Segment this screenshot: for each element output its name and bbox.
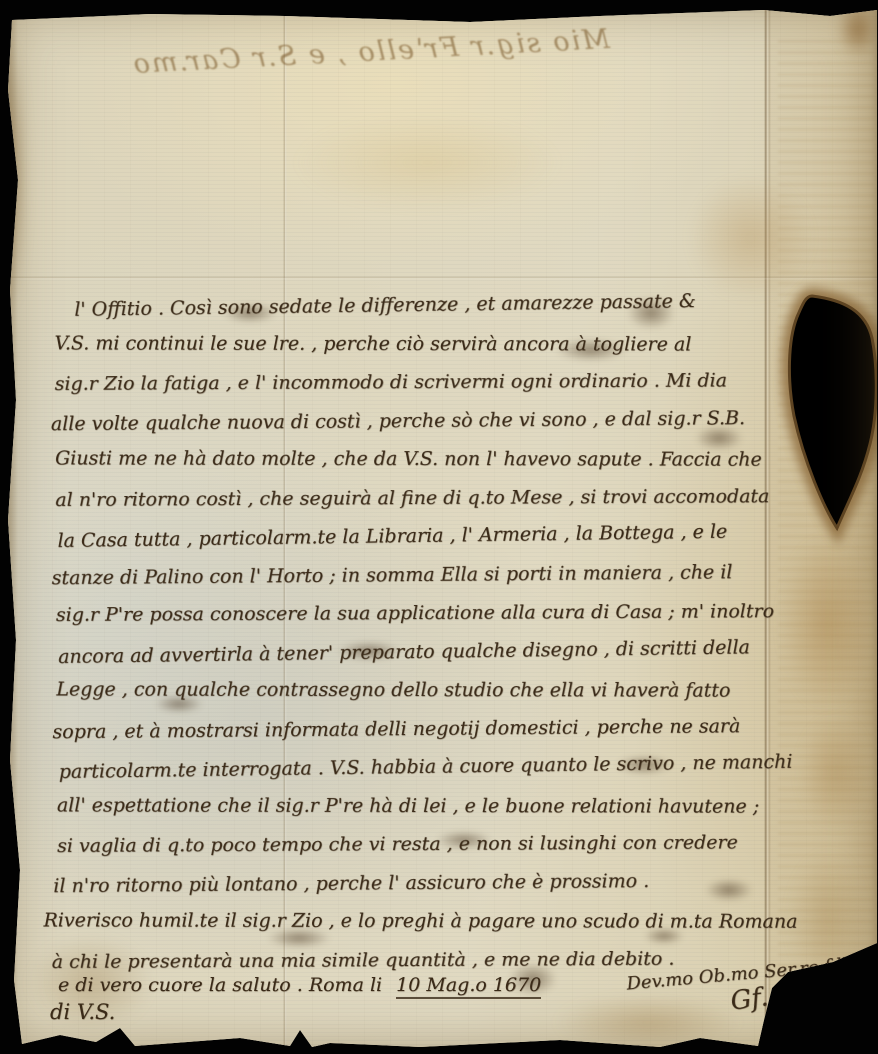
- letter-paper: Mio sig.r Fr'ello , e S.r Car.mo l' Offi…: [0, 0, 878, 1054]
- edge-vignette: [0, 0, 878, 1054]
- manuscript-scan: Mio sig.r Fr'ello , e S.r Car.mo l' Offi…: [0, 0, 878, 1054]
